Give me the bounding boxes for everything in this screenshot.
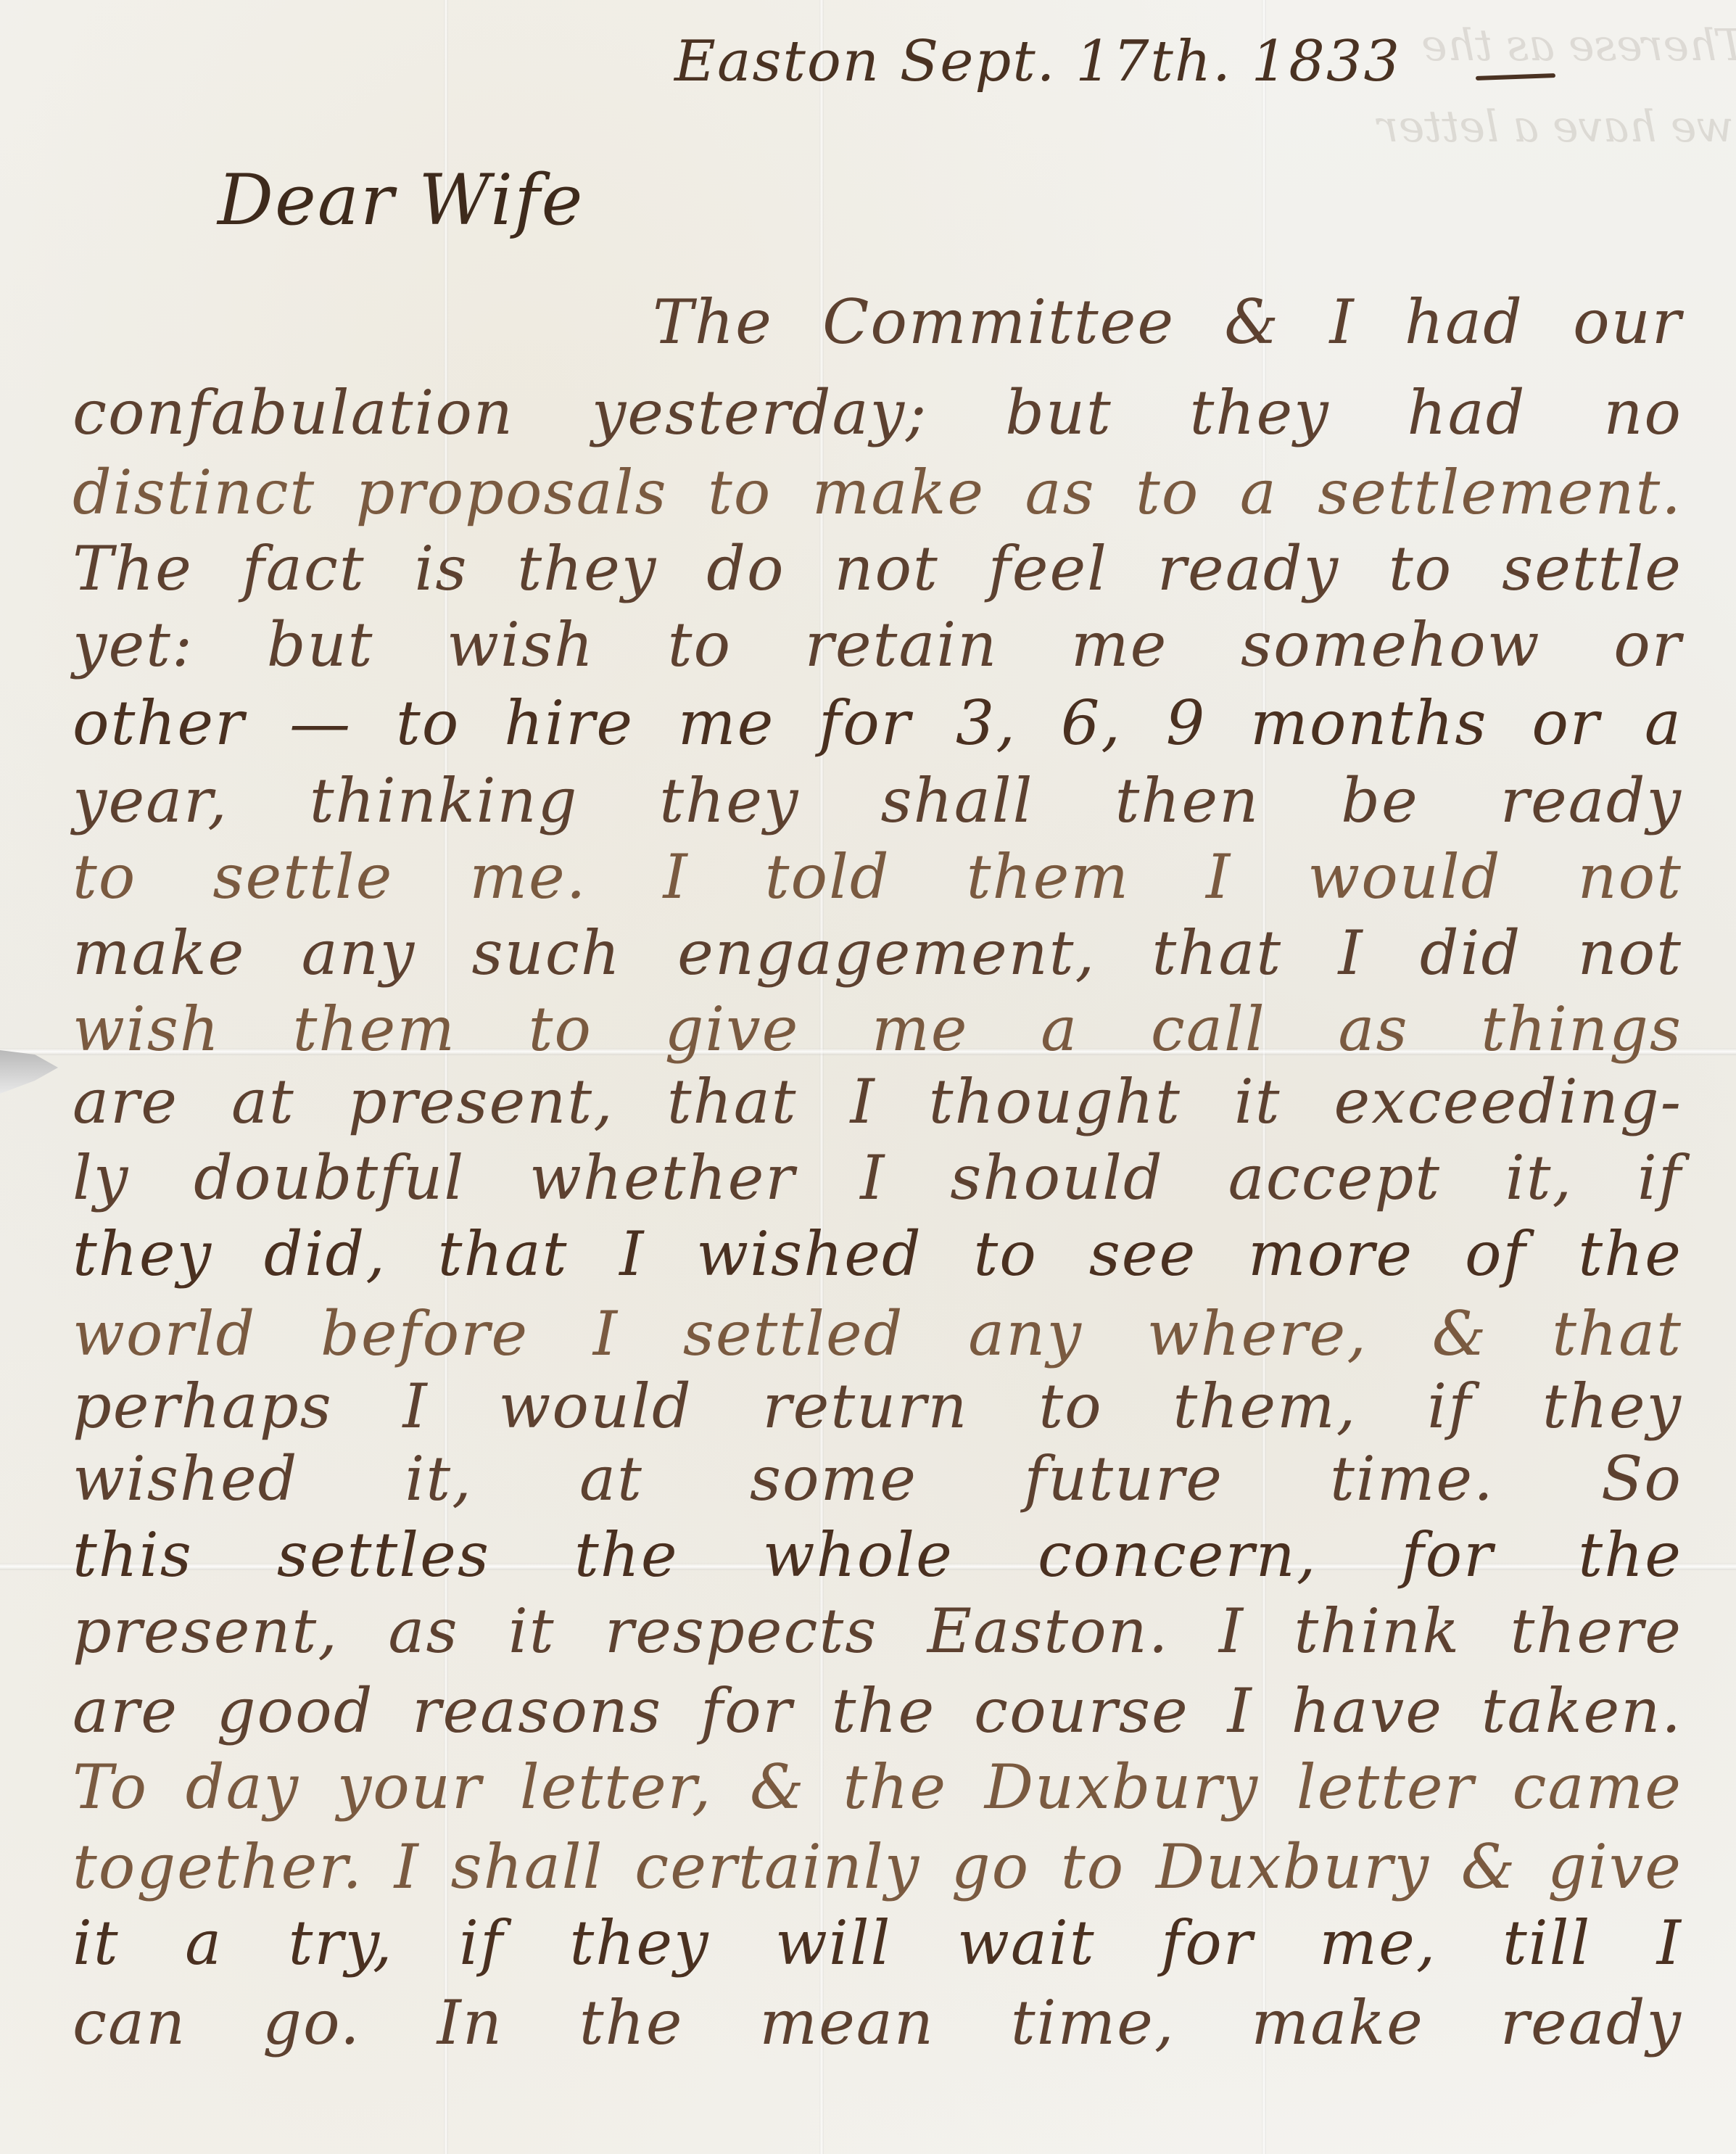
letter-line-20: To day your letter, & the Duxbury letter… <box>73 1751 1682 1823</box>
letter-line-18: present, as it respects Easton. I think … <box>73 1596 1682 1667</box>
letter-line-5: yet: but wish to retain me somehow or <box>73 609 1682 680</box>
letter-dateline: Easton Sept. 17th. 1833 <box>674 29 1401 94</box>
letter-line-17: this settles the whole concern, for the <box>73 1519 1682 1590</box>
letter-line-9: make any such engagement, that I did not <box>73 917 1682 989</box>
letter-line-1: The Committee & I had our <box>653 286 1682 358</box>
letter-line-13: they did, that I wished to see more of t… <box>73 1218 1682 1289</box>
letter-line-15: perhaps I would return to them, if they <box>73 1371 1682 1442</box>
letter-line-14: world before I settled any where, & that <box>73 1298 1682 1369</box>
dateline-flourish <box>1476 73 1555 81</box>
letter-line-6: other — to hire me for 3, 6, 9 months or… <box>73 688 1682 759</box>
letter-line-11: are at present, that I thought it exceed… <box>73 1066 1682 1137</box>
letter-line-8: to settle me. I told them I would not <box>73 841 1682 912</box>
letter-line-22: it a try, if they will wait for me, till… <box>73 1907 1682 1978</box>
letter-line-4: The fact is they do not feel ready to se… <box>73 533 1682 604</box>
letter-paper: a Therese as the we have a letter Easton… <box>0 0 1736 2154</box>
letter-line-19: are good reasons for the course I have t… <box>73 1675 1682 1746</box>
letter-line-21: together. I shall certainly go to Duxbur… <box>73 1831 1682 1902</box>
letter-salutation: Dear Wife <box>218 160 584 241</box>
letter-line-3: distinct proposals to make as to a settl… <box>73 457 1682 528</box>
letter-line-2: confabulation yesterday; but they had no <box>73 377 1682 448</box>
letter-line-16: wished it, at some future time. So <box>73 1443 1682 1514</box>
letter-line-10: wish them to give me a call as things <box>73 994 1682 1065</box>
letter-line-7: year, thinking they shall then be ready <box>73 765 1682 836</box>
bleed-through-text: a Therese as the <box>1421 20 1736 71</box>
letter-line-23: can go. In the mean time, make ready <box>73 1987 1682 2058</box>
letter-line-12: ly doubtful whether I should accept it, … <box>73 1142 1682 1213</box>
bleed-through-text: we have a letter <box>1378 102 1734 152</box>
paper-tear <box>0 1050 58 1094</box>
